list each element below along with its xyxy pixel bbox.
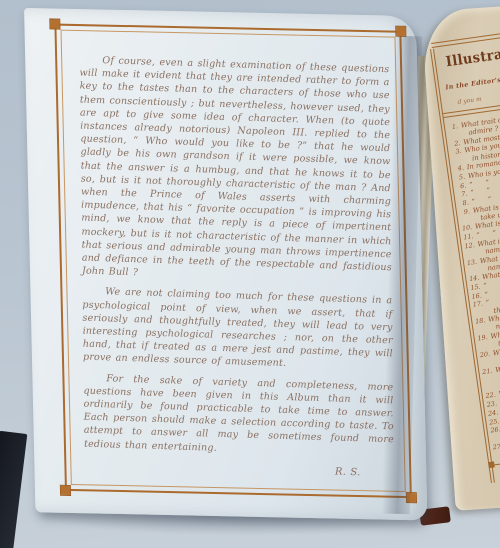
bottom-rule-corner-square bbox=[488, 462, 495, 469]
corner-ornament-bottom-right bbox=[407, 493, 416, 502]
preface-paragraph-1: Of course, even a slight examination of … bbox=[79, 53, 392, 287]
right-page-content: Illustratio In the Editor's A d you m 1.… bbox=[425, 9, 500, 467]
author-initials: R. S. bbox=[84, 458, 394, 481]
left-page: Of course, even a slight examination of … bbox=[24, 8, 427, 521]
corner-ornament-bottom-left bbox=[61, 486, 70, 495]
preface-text-block: Of course, even a slight examination of … bbox=[79, 53, 394, 491]
preface-paragraph-2: We are not claiming too much for these q… bbox=[82, 285, 393, 374]
corner-ornament-top-right bbox=[396, 27, 405, 36]
right-page: Illustratio In the Editor's A d you m 1.… bbox=[421, 5, 500, 511]
corner-ornament-top-left bbox=[50, 19, 59, 28]
question-list: 1.What trait do you m admire ?2.What mos… bbox=[445, 104, 500, 460]
preface-paragraph-3: For the sake of variety and completeness… bbox=[83, 371, 394, 460]
right-page-top-rule bbox=[431, 22, 500, 48]
